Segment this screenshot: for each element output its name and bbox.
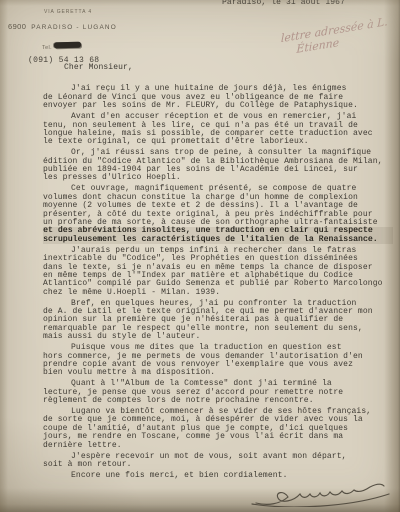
letterhead-city-row: 6900PARADISO - LUGANO [0, 16, 117, 34]
typed-line: soit à mon retour. [43, 461, 393, 469]
paragraph: Avant d'en accuser réception et de vous … [43, 113, 393, 147]
letterhead-postal-code: 6900 [8, 22, 26, 31]
typed-line: règlement de comptes lors de notre proch… [43, 397, 393, 405]
paragraph: J'ai reçu il y a une huitaine de jours d… [43, 85, 393, 110]
paragraph: J'espère recevoir un mot de vous, soit a… [43, 453, 393, 470]
typed-line: chez le même U.Hoepli - Milan. 1939. [43, 289, 393, 297]
paragraph: Puisque vous me dites que la traduction … [43, 344, 393, 378]
paragraph: Lugano va bientôt commencer à se vider d… [43, 408, 393, 450]
typed-line: le texte original, ce qui promettait d'ê… [43, 138, 393, 146]
paragraphs-container: J'ai reçu il y a une huitaine de jours d… [43, 85, 393, 480]
letterhead-tel-row: Tel. [42, 36, 117, 54]
signature [250, 477, 392, 507]
letter-page: Paradiso, le 31 août 1967 VIA GERETTA 4 … [0, 0, 400, 512]
typed-line: envoyer par les soins de Mr. FLEURY, du … [43, 102, 393, 110]
letterhead-street: VIA GERETTA 4 [44, 9, 117, 15]
typed-line: bien voulu mettre à ma disposition. [43, 369, 393, 377]
paragraph: J'aurais perdu un temps infini à recherc… [43, 247, 393, 297]
redacted-phone-scribble [54, 41, 81, 47]
typed-line: dernière lettre. [43, 442, 393, 450]
paragraph: Bref, en quelques heures, j'ai pu confro… [43, 300, 393, 342]
handwritten-annotation: lettre adressée à L. Étienne [273, 10, 400, 59]
letterhead: VIA GERETTA 4 6900PARADISO - LUGANO Tel.… [0, 9, 117, 65]
paragraph: Cet ouvrage, magnifiquement présenté, se… [43, 185, 393, 244]
date-line: Paradiso, le 31 août 1967 [222, 0, 345, 7]
typed-line: scrupuleusement les caractéristiques de … [43, 236, 393, 244]
typed-line: mais aussi du style de l'auteur. [43, 333, 393, 341]
salutation: Cher Monsieur, [64, 64, 393, 72]
paragraph: Or, j'ai réussi sans trop de peine, à co… [43, 149, 393, 183]
paragraph: Quant à l'"Album de la Comtesse" dont j'… [43, 380, 393, 405]
letterhead-city: PARADISO - LUGANO [31, 24, 117, 31]
letterhead-tel-label: Tel. [42, 45, 52, 51]
letter-body: Cher Monsieur, J'ai reçu il y a une huit… [43, 64, 393, 483]
typed-line: les presses d'Ulrico Hoepli. [43, 174, 393, 182]
